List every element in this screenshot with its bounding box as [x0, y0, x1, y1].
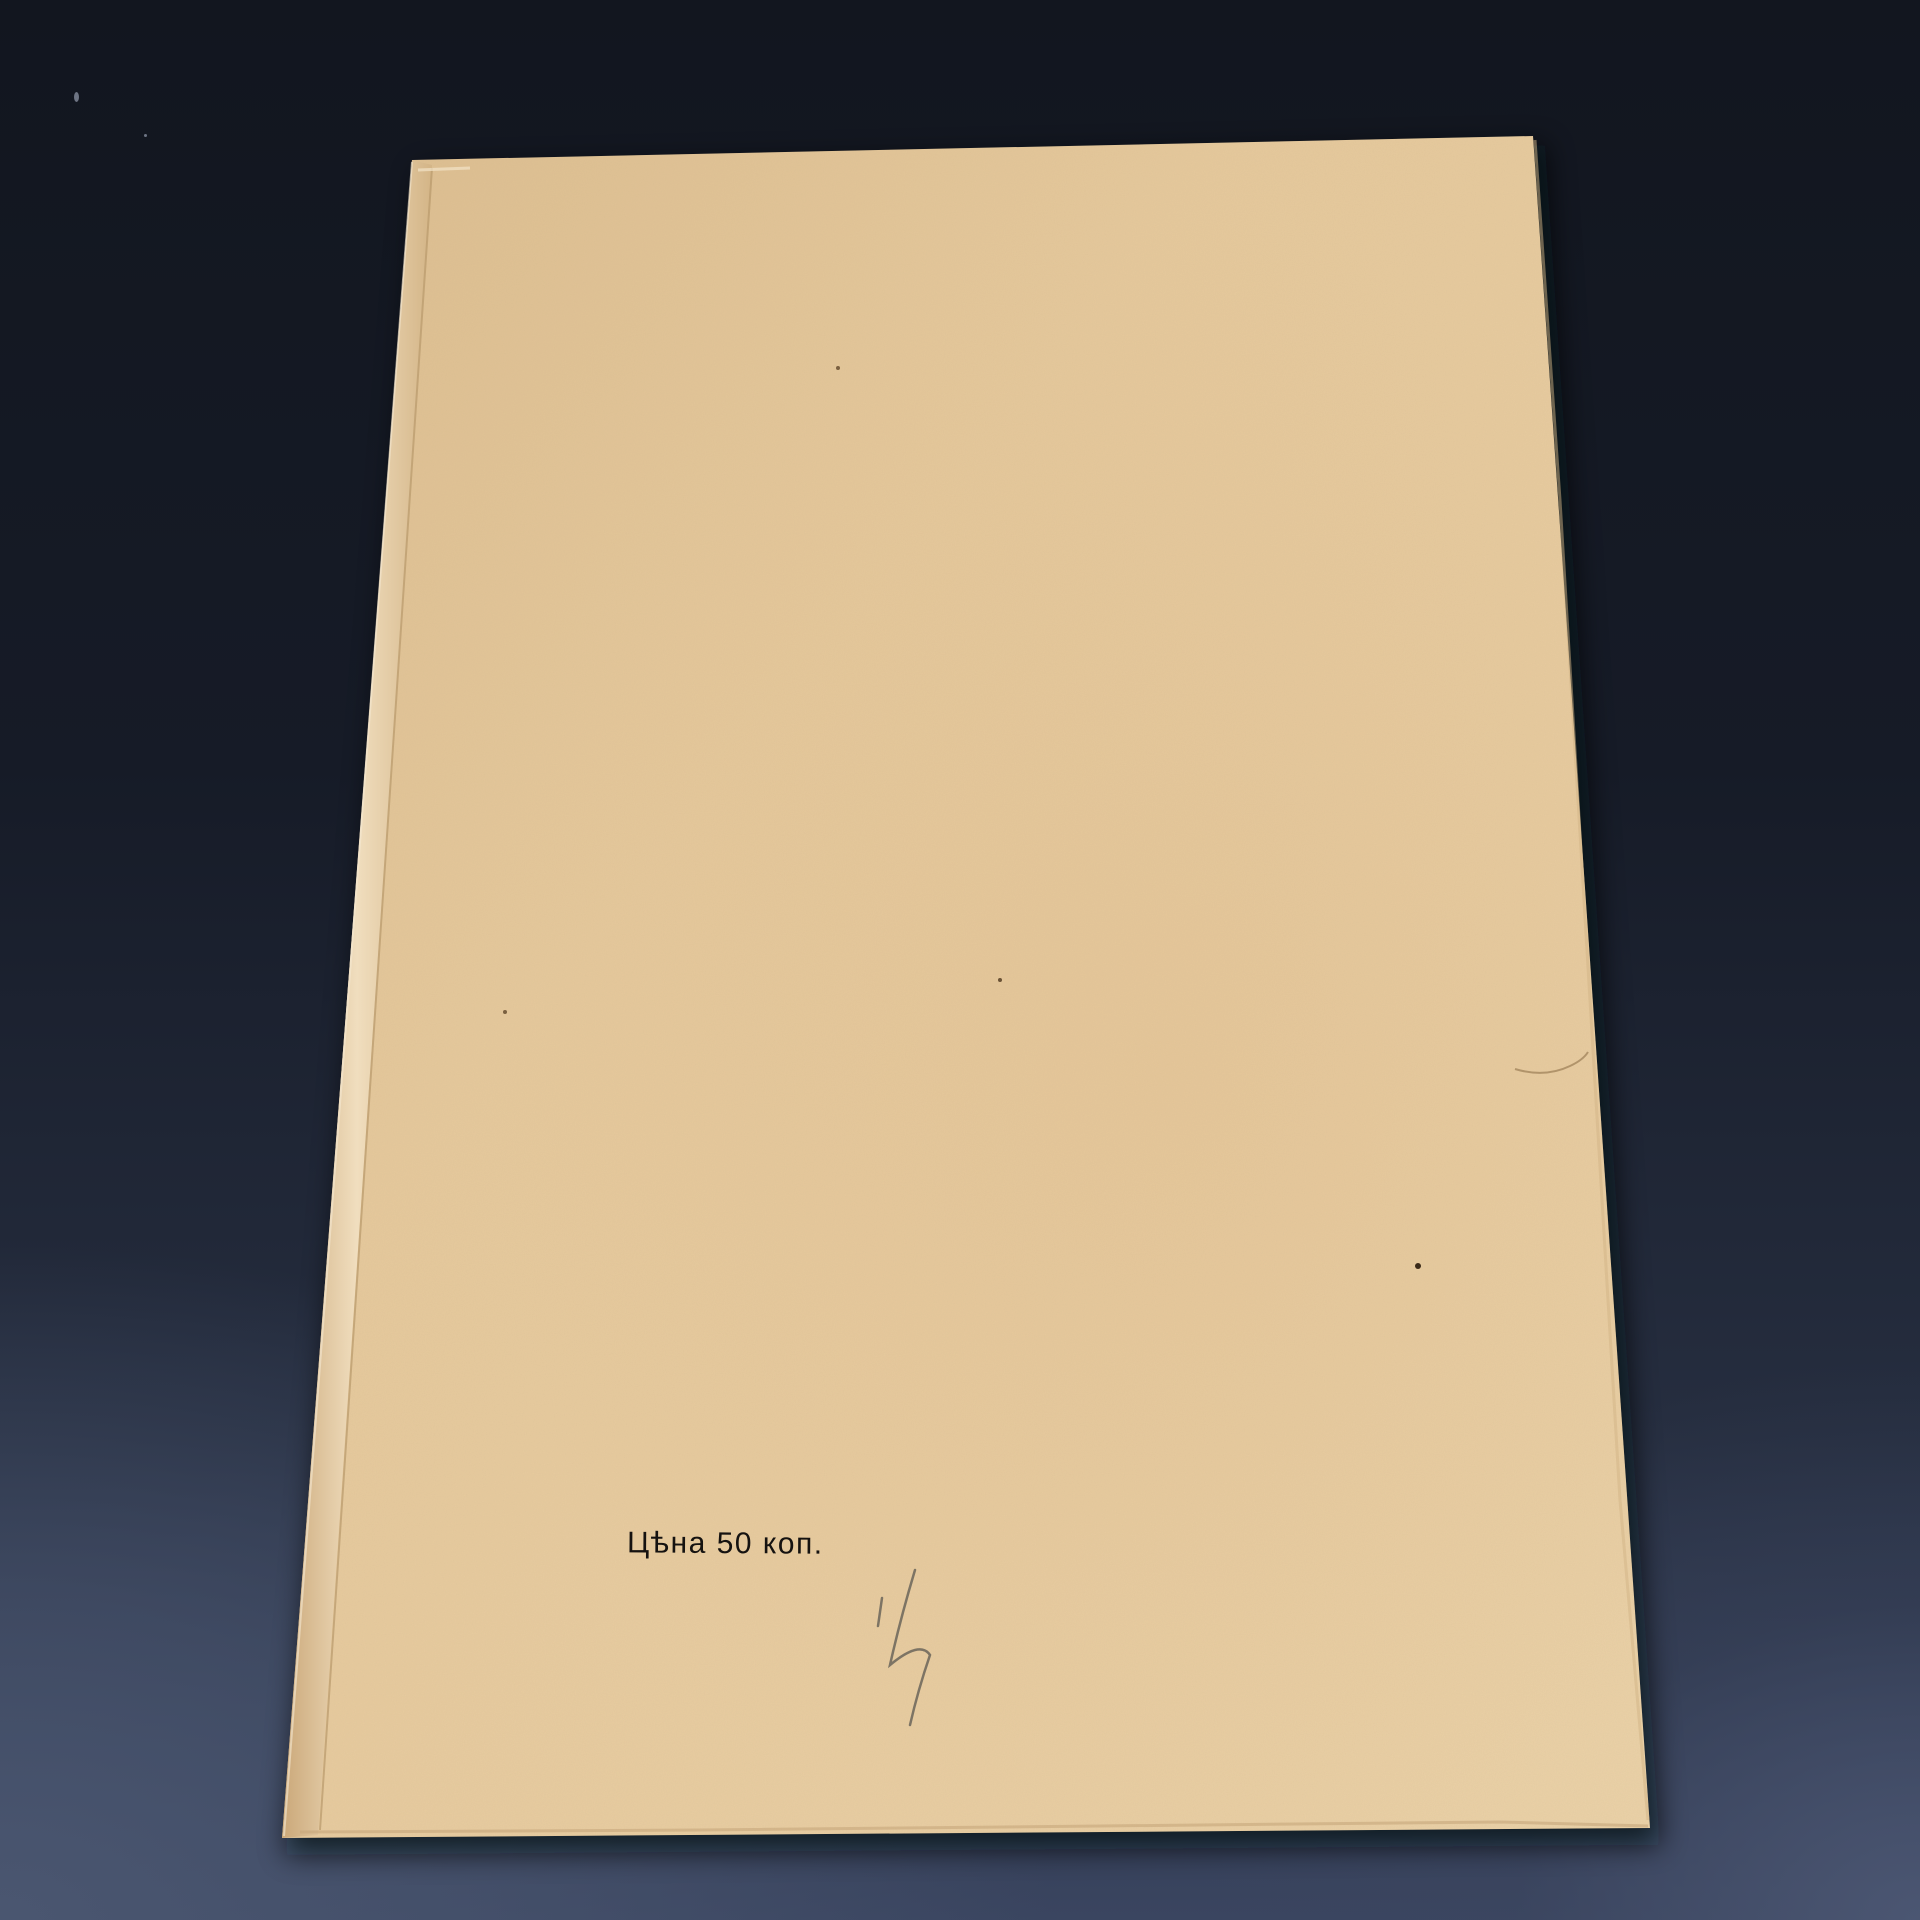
- price-label: Цѣна 50 коп.: [627, 1526, 824, 1561]
- photo-scene: Цѣна 50 коп.: [0, 0, 1920, 1920]
- pencil-mark: [870, 1530, 980, 1730]
